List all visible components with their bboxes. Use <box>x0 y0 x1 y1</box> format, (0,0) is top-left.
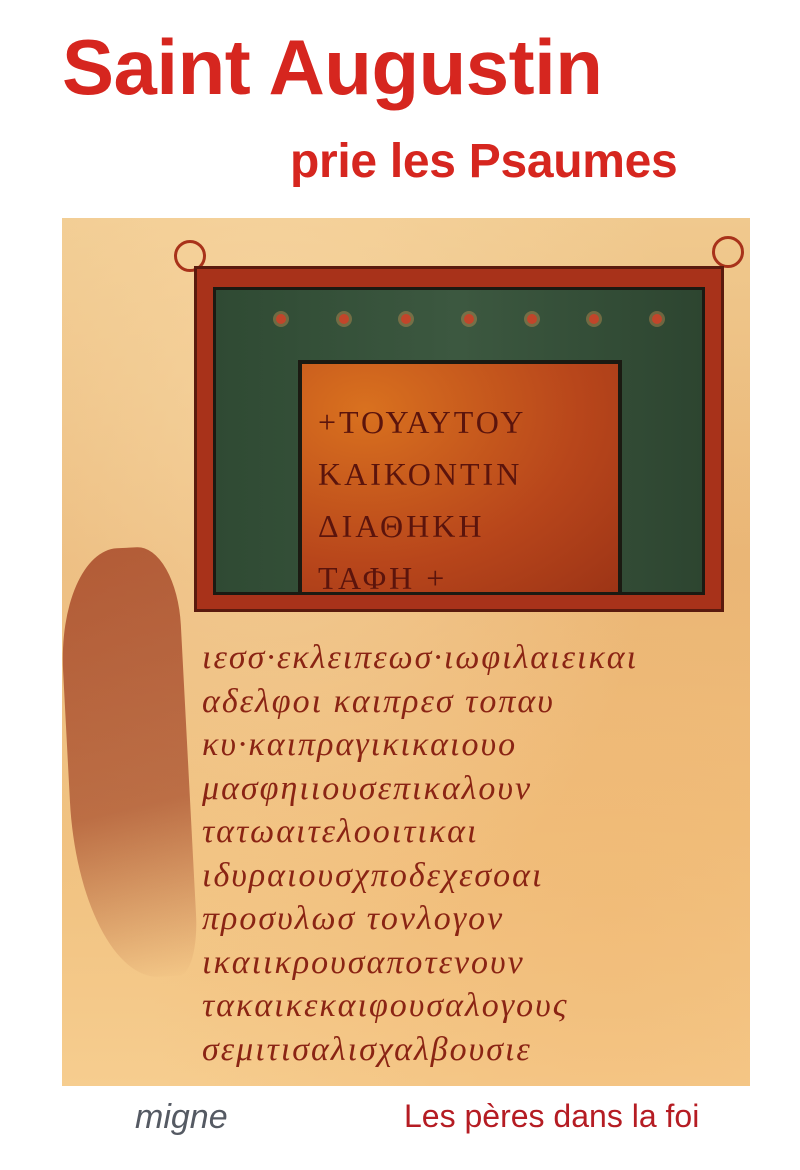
ornament-dot-icon <box>276 314 286 324</box>
inscription-line: ΔΙΑΘΗΚΗ <box>318 500 608 552</box>
inscription-line: ΚΑΙΚΟΝΤΙΝ <box>318 448 608 500</box>
manuscript-line: ιδυραιουσχποδεχεσοαι <box>202 854 710 898</box>
ornament-dot-icon <box>339 314 349 324</box>
inscription-line: +ΤΟΥΑΥΤΟΥ <box>318 396 608 448</box>
manuscript-line: ικαιικρουσαποτενουν <box>202 941 710 985</box>
manuscript-line: σεμιτισαλισχαλβουσιε <box>202 1028 710 1072</box>
manuscript-line: μασφηιιουσεπικαλουν <box>202 767 710 811</box>
manuscript-line: τακαικεκαιφουσαλογους <box>202 984 710 1028</box>
illuminated-headpiece: +ΤΟΥΑΥΤΟΥΚΑΙΚΟΝΤΙΝΔΙΑΘΗΚΗΤΑΦΗ + <box>194 266 724 612</box>
headpiece-dot-ornaments <box>276 314 662 324</box>
manuscript-line: προσυλωσ τονλογον <box>202 897 710 941</box>
book-title: Saint Augustin <box>62 28 602 106</box>
headpiece-inscription-panel: +ΤΟΥΑΥΤΟΥΚΑΙΚΟΝΤΙΝΔΙΑΘΗΚΗΤΑΦΗ + <box>298 360 622 592</box>
manuscript-line: τατωαιτελοοιτικαι <box>202 810 710 854</box>
manuscript-line: αδελφοι καιπρεσ τοπαυ <box>202 680 710 724</box>
corner-ornament-right-icon <box>712 236 744 268</box>
series-name: Les pères dans la foi <box>404 1100 699 1132</box>
headpiece-green-border: +ΤΟΥΑΥΤΟΥΚΑΙΚΟΝΤΙΝΔΙΑΘΗΚΗΤΑΦΗ + <box>213 287 705 595</box>
ornament-dot-icon <box>527 314 537 324</box>
ornament-dot-icon <box>589 314 599 324</box>
manuscript-line: ιεσσ·εκλειπεωσ·ιωφιλαιεικαι <box>202 636 710 680</box>
publisher-name: migne <box>135 1100 228 1134</box>
inscription-line: ΤΑΦΗ + <box>318 552 608 604</box>
headpiece-inscription: +ΤΟΥΑΥΤΟΥΚΑΙΚΟΝΤΙΝΔΙΑΘΗΚΗΤΑΦΗ + <box>318 396 608 604</box>
ornament-dot-icon <box>401 314 411 324</box>
margin-figure-illustration <box>62 545 199 981</box>
manuscript-illustration: +ΤΟΥΑΥΤΟΥΚΑΙΚΟΝΤΙΝΔΙΑΘΗΚΗΤΑΦΗ + ιεσσ·εκλ… <box>62 218 750 1086</box>
ornament-dot-icon <box>652 314 662 324</box>
book-subtitle: prie les Psaumes <box>290 138 677 186</box>
manuscript-line: κυ·καιπραγικικαιουο <box>202 723 710 767</box>
manuscript-text-block: ιεσσ·εκλειπεωσ·ιωφιλαιεικαιαδελφοι καιπρ… <box>202 636 710 1071</box>
ornament-dot-icon <box>464 314 474 324</box>
